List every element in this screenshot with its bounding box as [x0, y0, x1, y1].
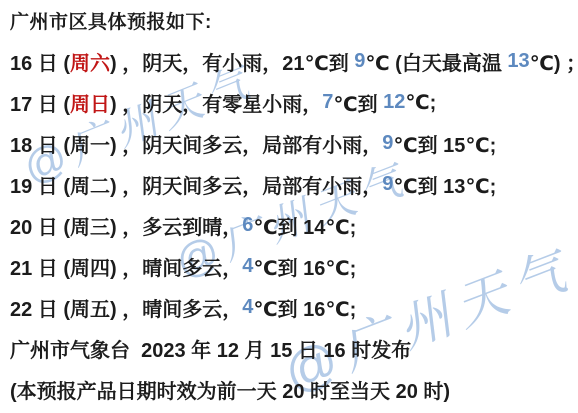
forecast-segment-text: 18 日 (周一) ，阴天间多云，局部有小雨， [10, 129, 382, 158]
forecast-segment-temp-blue: 7 [322, 91, 333, 114]
forecast-segment-temp-blue: 12 [383, 91, 405, 114]
weather-forecast-page: @广州天气 @广州天气 @广州天气 广州市区具体预报如下: 16 日 (周六) … [0, 0, 578, 413]
forecast-segment-temp-blue: 9 [382, 132, 393, 155]
forecast-segment-text: ℃到 14℃; [253, 211, 356, 240]
forecast-segment-temp-blue: 13 [507, 50, 529, 73]
forecast-line: 19 日 (周二) ，阴天间多云，局部有小雨，9℃到 13℃; [0, 164, 578, 205]
issuer-line: 广州市气象台 2023 年 12 月 15 日 16 时发布 [0, 328, 578, 369]
forecast-segment-weekday-red: 周六 [70, 47, 110, 76]
forecast-line: 20 日 (周三) ，多云到晴，6℃到 14℃; [0, 205, 578, 246]
forecast-segment-temp-blue: 4 [242, 296, 253, 319]
forecast-segment-weekday-red: 周日 [70, 88, 110, 117]
forecast-segment-temp-blue: 9 [354, 50, 365, 73]
forecast-segment-temp-blue: 6 [242, 214, 253, 237]
forecast-segment-text: ℃) ； [530, 47, 578, 76]
forecast-segment-text: 22 日 (周五) ，晴间多云， [10, 293, 242, 322]
forecast-segment-text: ℃到 16℃; [253, 293, 356, 322]
forecast-segment-text: 19 日 (周二) ，阴天间多云，局部有小雨， [10, 170, 382, 199]
forecast-segment-text: ℃ (白天最高温 [365, 47, 507, 76]
forecast-segment-text: ) ，阴天，有小雨，21℃到 [110, 47, 354, 76]
validity-note: (本预报产品日期时效为前一天 20 时至当天 20 时) [0, 369, 578, 410]
forecast-segment-text: 21 日 (周四) ，晴间多云， [10, 252, 242, 281]
forecast-line: 18 日 (周一) ，阴天间多云，局部有小雨，9℃到 15℃; [0, 123, 578, 164]
forecast-line: 21 日 (周四) ，晴间多云，4℃到 16℃; [0, 246, 578, 287]
forecast-segment-temp-blue: 4 [242, 255, 253, 278]
forecast-line: 16 日 (周六) ，阴天，有小雨，21℃到 9℃ (白天最高温 13℃) ； [0, 41, 578, 82]
forecast-segment-text: ) ，阴天，有零星小雨， [110, 88, 322, 117]
forecast-segment-text: ℃到 15℃; [393, 129, 496, 158]
forecast-content: 广州市区具体预报如下: 16 日 (周六) ，阴天，有小雨，21℃到 9℃ (白… [0, 0, 578, 413]
forecast-segment-text: 16 日 ( [10, 47, 70, 76]
forecast-line: 17 日 (周日) ，阴天，有零星小雨，7℃到 12℃; [0, 82, 578, 123]
forecast-segment-text: ℃到 16℃; [253, 252, 356, 281]
forecast-segment-text: 17 日 ( [10, 88, 70, 117]
forecast-list: 16 日 (周六) ，阴天，有小雨，21℃到 9℃ (白天最高温 13℃) ；1… [0, 41, 578, 328]
page-title: 广州市区具体预报如下: [0, 0, 578, 41]
forecast-segment-text: 20 日 (周三) ，多云到晴， [10, 211, 242, 240]
forecast-segment-text: ℃到 [333, 88, 383, 117]
forecast-segment-text: ℃; [405, 90, 436, 115]
forecast-segment-text: ℃到 13℃; [393, 170, 496, 199]
forecast-segment-temp-blue: 9 [382, 173, 393, 196]
forecast-line: 22 日 (周五) ，晴间多云，4℃到 16℃; [0, 287, 578, 328]
